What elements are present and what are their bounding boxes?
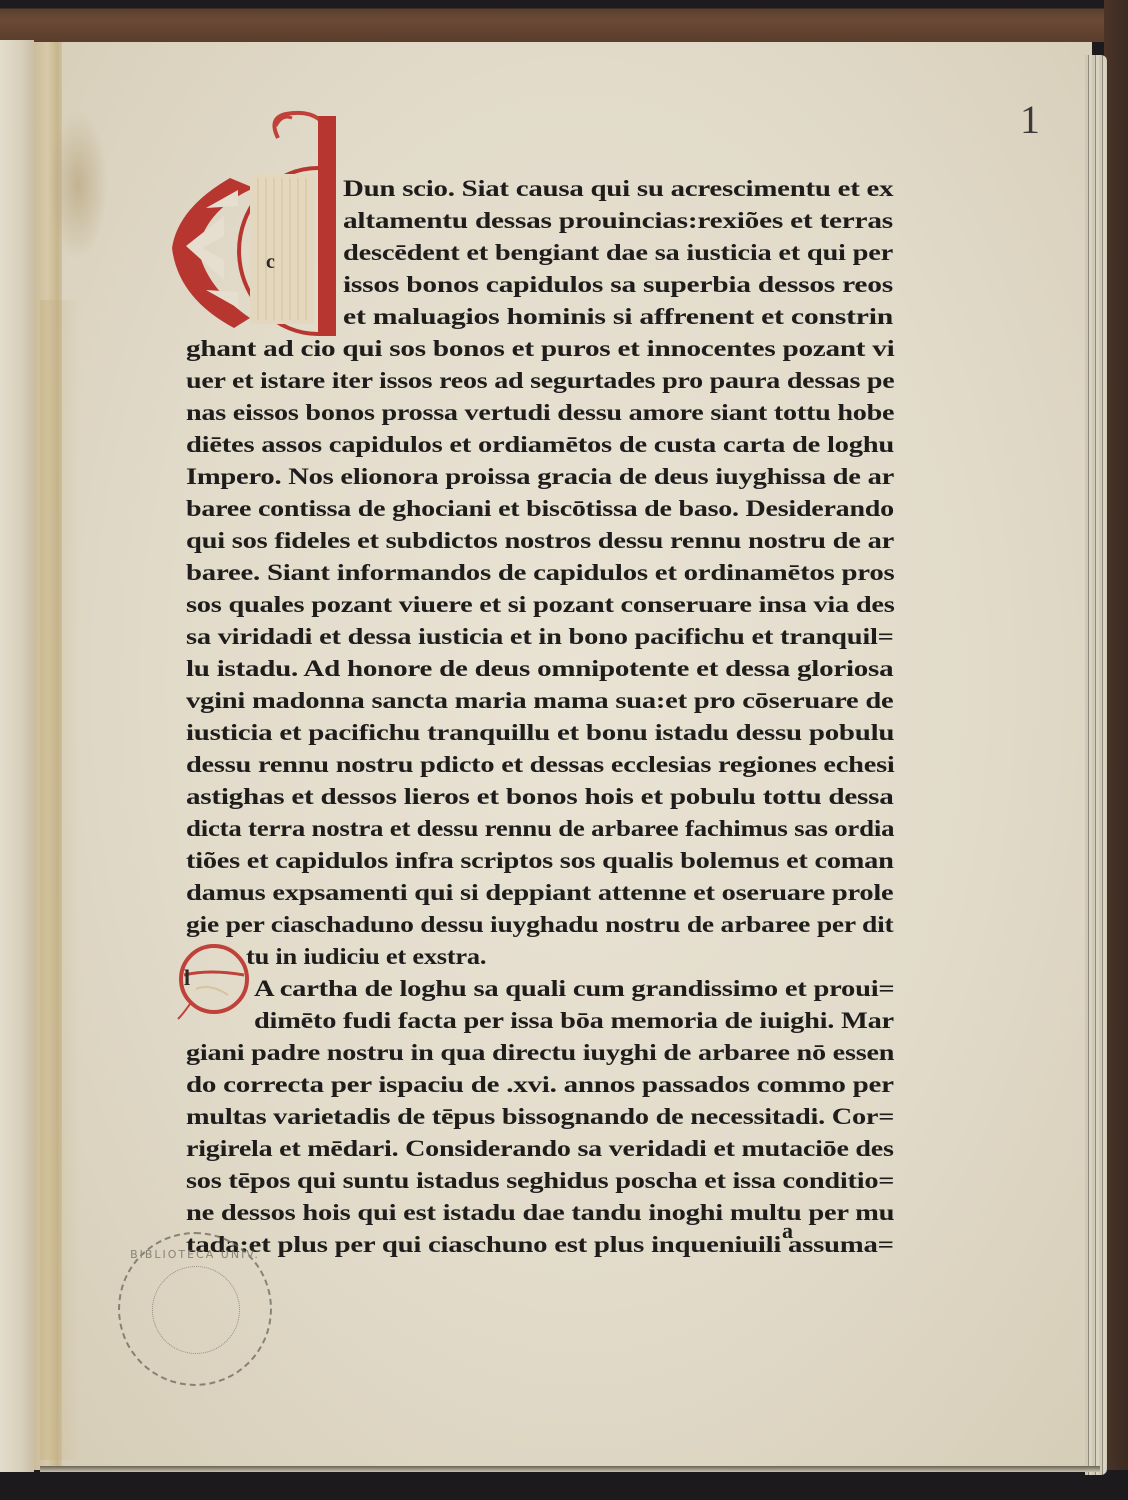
text-line: sa viridadi et dessa iusticia et in bono… [186,624,894,658]
text-line: lu istadu. Ad honore de deus omnipotente… [186,656,893,690]
text-line: gie per ciaschaduno dessu iuyghadu nostr… [186,912,893,946]
text-line: Impero. Nos elionora proissa gracia de d… [186,464,894,498]
stamp-text: BIBLIOTECA UNIV. [120,1248,270,1261]
text-line: tiões et capidulos infra scriptos sos qu… [186,848,894,882]
folio-number: 1 [1020,96,1040,143]
text-line: do correcta per ispaciu de .xvi. annos p… [186,1072,894,1106]
svg-text:c: c [266,251,275,273]
svg-text:l: l [184,965,190,990]
text-line: astighas et dessos lieros et bonos hois … [186,784,894,818]
text-line: sos quales pozant viuere et si pozant co… [186,592,895,626]
initial-l-rubric: l [170,935,252,1027]
initial-c-rubric: c [158,108,348,346]
library-stamp: BIBLIOTECA UNIV. [118,1232,272,1386]
text-line: descēdent et bengiant dae sa iusticia et… [343,240,893,274]
binding-right [1104,0,1128,1500]
page-edges [1085,55,1107,1475]
text-line: multas varietadis de tēpus bissognando d… [186,1104,894,1138]
text-line: et maluagios hominis si affrenent et con… [343,304,893,338]
text-line: dessu rennu nostru pdicto et dessas eccl… [186,752,895,786]
text-line: Dun scio. Siat causa qui su acrescimentu… [343,176,893,210]
gutter-stain [40,300,80,1460]
text-line: vgini madonna sancta maria mama sua:et p… [186,688,893,722]
text-line: ghant ad cio qui sos bonos et puros et i… [186,336,895,370]
text-line: tu in iudiciu et exstra. [246,944,486,978]
text-line: qui sos fideles et subdictos nostros des… [186,528,894,562]
text-line: diētes assos capidulos et ordiamētos de … [186,432,894,466]
text-line: iusticia et pacifichu tranquillu et bonu… [186,720,894,754]
text-line: baree. Siant informandos de capidulos et… [186,560,894,594]
text-line: nas eissos bonos prossa vertudi dessu am… [186,400,894,434]
text-line: sos tēpos qui suntu istadus seghidus pos… [186,1168,894,1202]
facing-page-edge [0,40,34,1472]
text-line: baree contissa de ghociani et biscōtissa… [186,496,894,530]
text-line: altamentu dessas prouincias:rexiões et t… [343,208,893,242]
text-line: uer et istare iter issos reos ad segurta… [186,368,894,402]
text-line: damus expsamenti qui si deppiant attenne… [186,880,893,914]
text-line: A cartha de loghu sa quali cum grandissi… [254,976,894,1010]
bottom-page-edge [40,1466,1100,1472]
binding-bottom [0,1470,1128,1500]
water-stain [48,110,108,260]
text-line: dimēto fudi facta per issa bōa memoria d… [254,1008,894,1042]
signature-mark: a [782,1218,793,1244]
text-line: rigirela et mēdari. Considerando sa veri… [186,1136,894,1170]
text-line: dicta terra nostra et dessu rennu de arb… [186,816,894,850]
text-line: issos bonos capidulos sa superbia dessos… [343,272,893,306]
stamp-inner-ring [152,1266,240,1354]
binding-top [0,0,1128,42]
text-line: giani padre nostru in qua directu iuyghi… [186,1040,894,1074]
